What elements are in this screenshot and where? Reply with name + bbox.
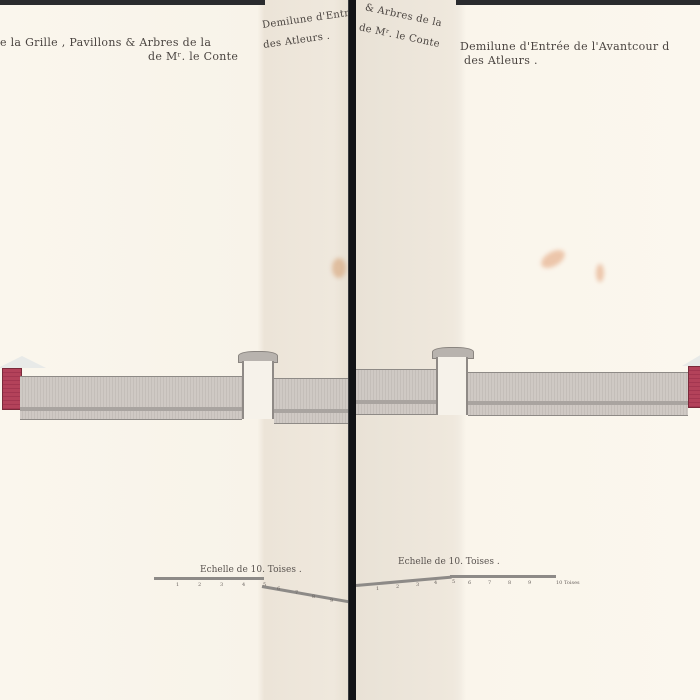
wall-left-segment [20,376,242,420]
scale-label: Echelle de 10. Toises . [398,557,500,567]
right-page: & Arbres de la Demilune d'Entrée de l'Av… [356,0,700,700]
paper-stain [538,246,568,271]
scale-tick: 8 [508,580,511,586]
scale-bar-curved [356,576,452,587]
wall-right-segment [274,378,348,424]
scale-tick: 7 [295,590,298,596]
right-title-line1: Demilune d'Entrée de l'Avantcour d [460,40,670,53]
scale-tick: 9 [330,598,333,604]
left-title-line2-curved: des Atleurs . [262,31,330,51]
pavilion-left [2,368,22,410]
top-edge-shadow [456,0,700,5]
gate-pillar [436,357,468,415]
scale-end-label: 10 Toises [556,580,580,586]
scale-tick: 2 [198,582,201,588]
scale-tick: 7 [488,580,491,586]
right-title-line2: des Atleurs . [464,54,538,67]
scale-tick: 3 [416,582,419,588]
scale-tick: 3 [220,582,223,588]
scale-tick: 4 [242,582,245,588]
paper-stain [596,264,604,282]
left-title-line2: de Mʳ. le Conte [148,50,238,63]
scale-label: Echelle de 10. Toises . [200,565,302,575]
pavilion-roof [682,354,700,366]
scale-tick: 6 [277,586,280,592]
scale-tick: 2 [396,584,399,590]
top-edge-shadow [0,0,265,5]
scale-tick: 5 [263,582,266,588]
scale-tick: 5 [452,579,455,585]
wall-right-segment [468,372,688,416]
scale-bar-curved [262,585,348,603]
wall-left-segment [356,369,436,415]
scale-tick: 8 [312,594,315,600]
left-page: e la Grille , Pavillons & Arbres de la D… [0,0,348,700]
left-title-line1-curved: Demilune d'Entr [261,8,348,31]
scale-tick: 1 [376,586,379,592]
left-title-line1: e la Grille , Pavillons & Arbres de la [0,36,211,49]
scale-tick: 1 [176,582,179,588]
scale-bar [154,577,264,580]
gate-pillar [242,361,274,419]
pavilion-roof [0,356,46,368]
scale-tick: 9 [528,580,531,586]
paper-stain [332,258,346,278]
scale-bar [450,575,556,578]
scale-tick: 6 [468,580,471,586]
pavilion-right [688,366,700,408]
scale-tick: 4 [434,580,437,586]
